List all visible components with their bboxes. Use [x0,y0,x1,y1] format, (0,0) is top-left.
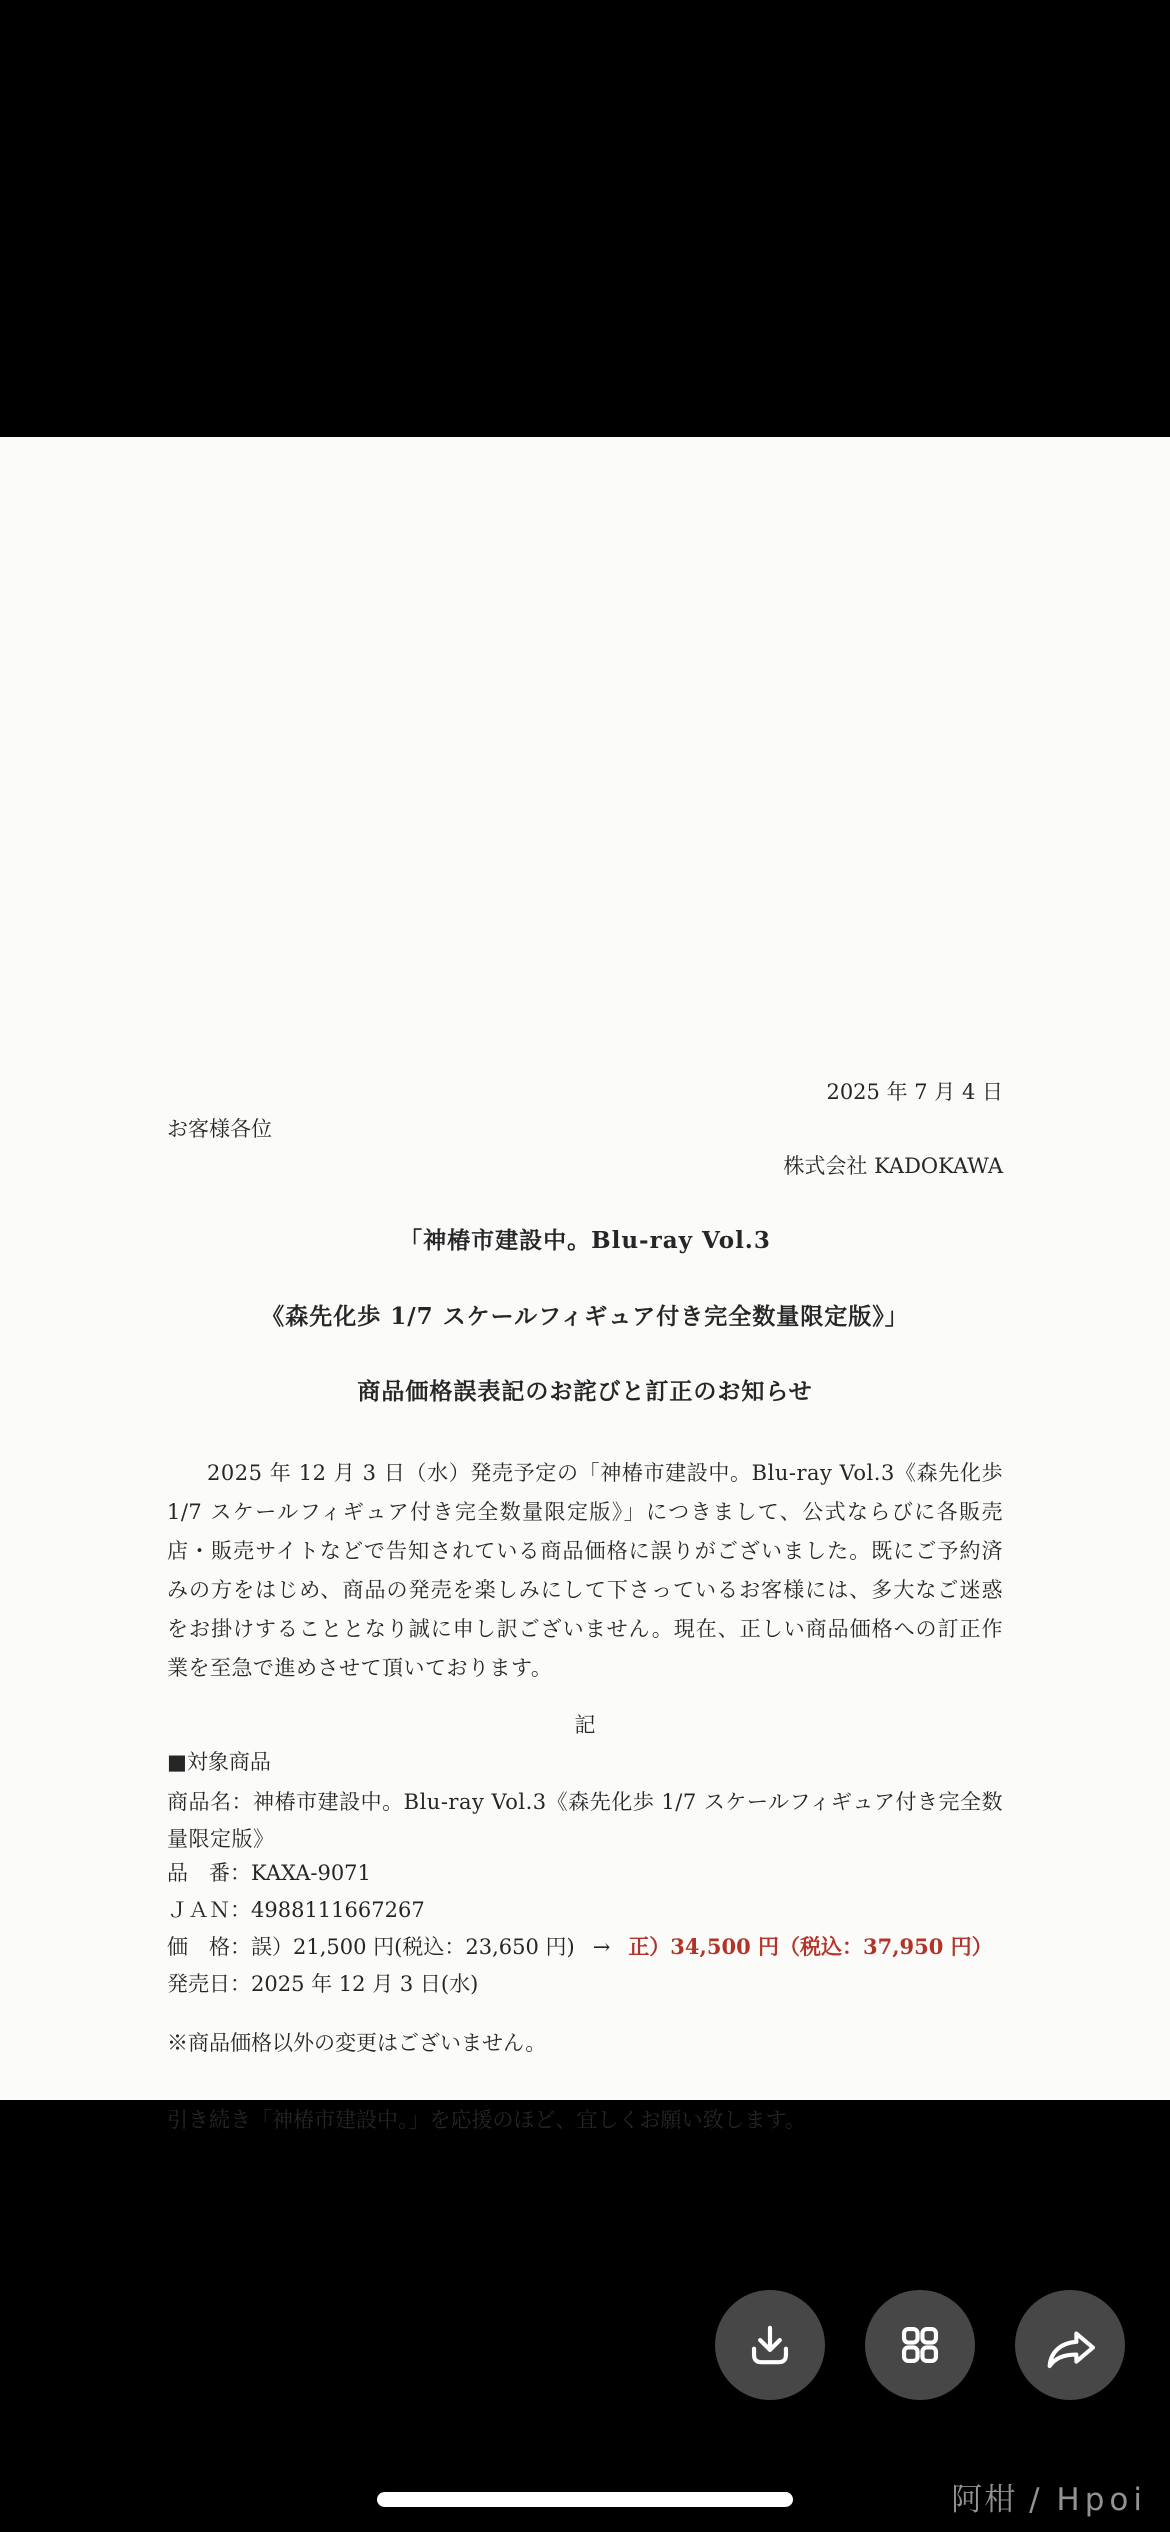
doc-note: ※商品価格以外の変更はございません。 [167,2028,1003,2058]
doc-recipient: お客様各位 [167,1114,1003,1144]
doc-date: 2025 年 7 月 4 日 [167,1077,1003,1107]
doc-price-wrong: 価 格：誤）21,500 円(税込：23,650 円) [167,1935,575,1959]
doc-price-arrow: → [575,1935,629,1959]
doc-closing: 引き続き「神椿市建設中。」を応援のほど、宜しくお願い致します。 [167,2105,1003,2135]
doc-price-correct: 正）34,500 円（税込：37,950 円） [628,1934,992,1959]
doc-title-line2: 《森先化歩 1/7 スケールフィギュア付き完全数量限定版》」 [167,1302,1003,1332]
doc-part-number: 品 番：KAXA-9071 [167,1858,1003,1888]
doc-body-paragraph: 2025 年 12 月 3 日（水）発売予定の「神椿市建設中。Blu-ray V… [167,1454,1003,1688]
watermark-site: Hpoi [1056,2482,1147,2518]
share-icon [1042,2317,1098,2373]
watermark-divider: / [1029,2482,1044,2518]
doc-company: 株式会社 KADOKAWA [167,1151,1003,1181]
home-indicator[interactable] [377,2492,793,2507]
share-button[interactable] [1015,2290,1125,2400]
doc-release-date: 発売日：2025 年 12 月 3 日(水) [167,1969,1003,1999]
watermark-artist: 阿柑 [951,2482,1017,2518]
doc-price-line: 価 格：誤）21,500 円(税込：23,650 円)→正）34,500 円（税… [167,1932,1003,1962]
grid-icon [893,2318,947,2372]
doc-jan-code: ＪＡＮ：4988111667267 [167,1895,1003,1925]
document-image[interactable]: 2025 年 7 月 4 日 お客様各位 株式会社 KADOKAWA 「神椿市建… [0,437,1170,2100]
watermark: 阿柑 / Hpoi [951,2474,1147,2519]
doc-product-name: 商品名：神椿市建設中。Blu-ray Vol.3《森先化歩 1/7 スケールフィ… [167,1784,1003,1858]
doc-section-heading: ■対象商品 [167,1747,1003,1777]
grid-button[interactable] [865,2290,975,2400]
download-button[interactable] [715,2290,825,2400]
doc-record-marker: 記 [167,1710,1003,1740]
photo-viewer-screen: 2025 年 7 月 4 日 お客様各位 株式会社 KADOKAWA 「神椿市建… [0,0,1170,2532]
doc-title-line1: 「神椿市建設中。Blu-ray Vol.3 [167,1226,1003,1256]
download-icon [743,2318,797,2372]
doc-title-line3: 商品価格誤表記のお詫びと訂正のお知らせ [167,1377,1003,1407]
